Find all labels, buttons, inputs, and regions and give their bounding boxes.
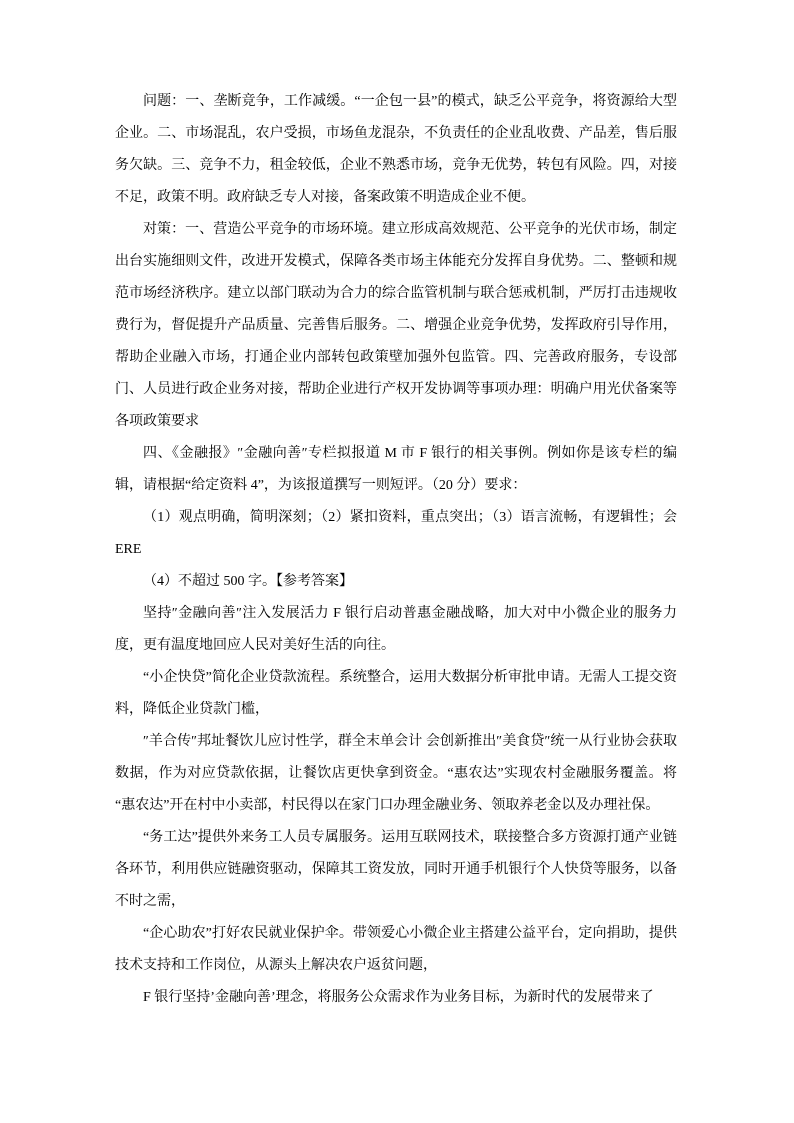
paragraph-countermeasures: 对策：一、营造公平竞争的市场环境。建立形成高效规范、公平竞争的光伏市场，制定出台… (115, 214, 677, 438)
paragraph-answer-intro: 坚持″金融向善″注入发展活力 F 银行启动普惠金融战略，加大对中小微企业的服务力… (115, 598, 677, 662)
document-page: 问题：一、垄断竞争，工作减缓。“一企包一县”的模式，缺乏公平竞争，将资源给大型企… (0, 0, 794, 1123)
paragraph-requirements-1-to-3: （1）观点明确，简明深刻；（2）紧扣资料，重点突出；（3）语言流畅，有逻辑性；会… (115, 502, 677, 566)
paragraph-qixin-zhunong: “企心助农”打好农民就业保护伞。带领爱心小微企业主搭建公益平台，定向捐助，提供技… (115, 918, 677, 982)
paragraph-xiaoqi-kuaidai: “小企快贷”简化企业贷款流程。系统整合，运用大数据分析审批申请。无需人工提交资料… (115, 662, 677, 726)
paragraph-question-four: 四、《金融报》″金融向善″专栏拟报道 M 市 F 银行的相关事例。例如你是该专栏… (115, 438, 677, 502)
paragraph-meishidai-huinongda: ″羊合传″邦址餐饮儿应讨性学，群全末单会计 会创新推出″美食贷″统一从行业协会获… (115, 726, 677, 822)
paragraph-wugongda: “务工达”提供外来务工人员专属服务。运用互联网技术，联接整合多方资源打通产业链各… (115, 822, 677, 918)
paragraph-requirement-4-reference-answer: （4）不超过 500 字。【参考答案】 (115, 566, 677, 598)
paragraph-problems: 问题：一、垄断竞争，工作减缓。“一企包一县”的模式，缺乏公平竞争，将资源给大型企… (115, 86, 677, 214)
paragraph-conclusion: F 银行坚持’金融向善’理念，将服务公众需求作为业务目标，为新时代的发展带来了 (115, 982, 677, 1014)
